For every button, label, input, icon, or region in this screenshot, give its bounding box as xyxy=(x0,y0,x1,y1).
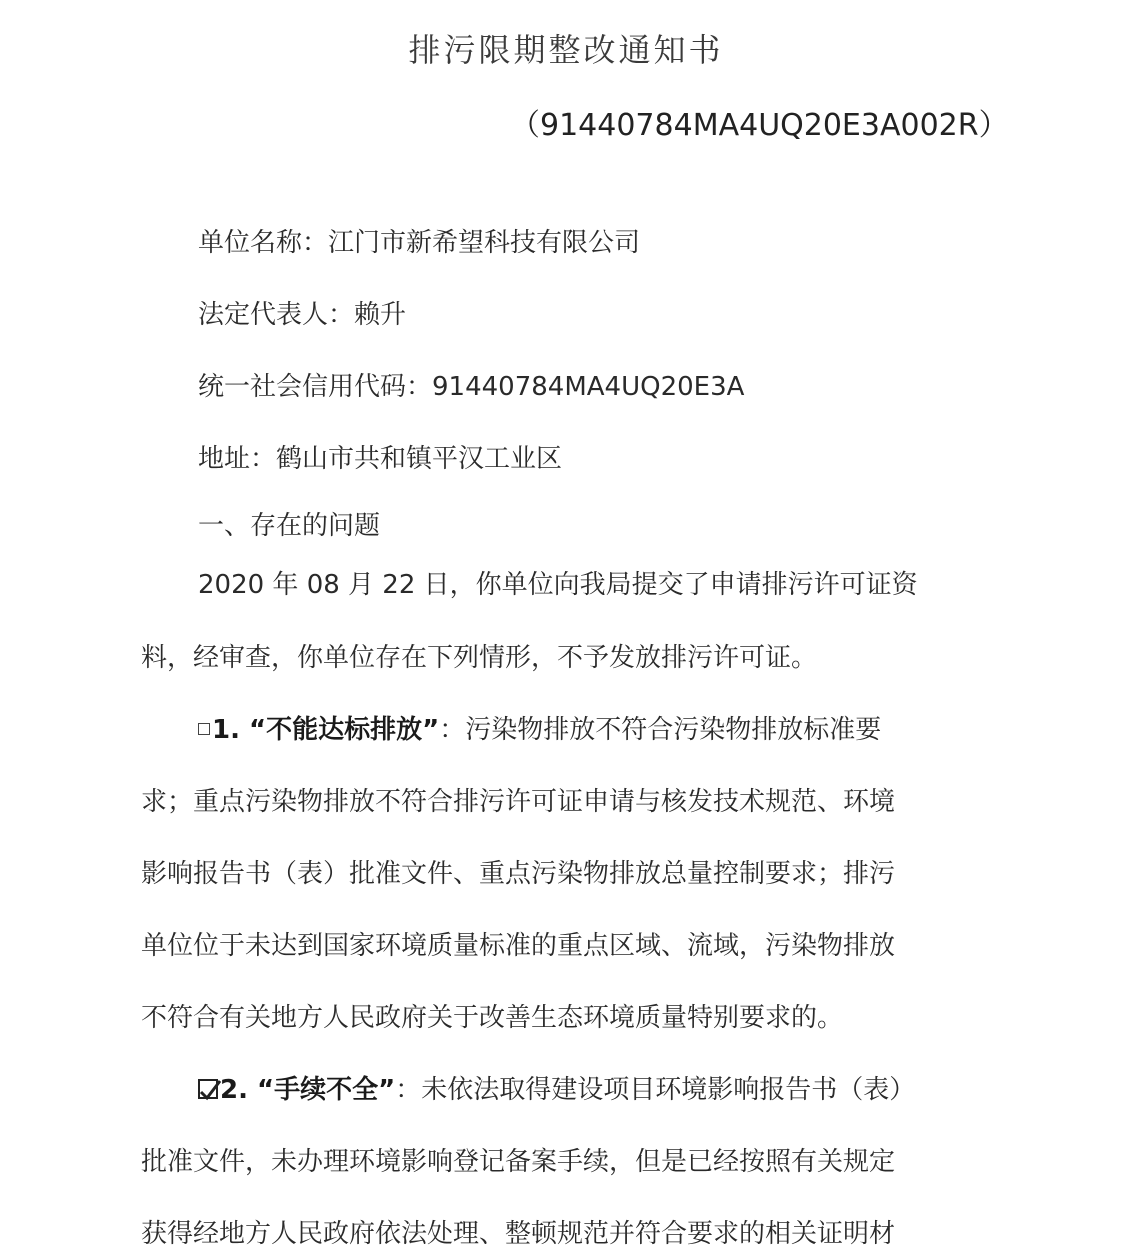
document-number: （91440784MA4UQ20E3A002R） xyxy=(510,106,1009,146)
issue-item-1: 1. “不能达标排放”：污染物排放不符合污染物排放标准要 xyxy=(198,712,881,748)
issue-item-2-line: 批准文件，未办理环境影响登记备案手续，但是已经按照有关规定 xyxy=(141,1144,895,1180)
unit-name: 单位名称：江门市新希望科技有限公司 xyxy=(198,225,640,261)
issue-item-1-line: 求；重点污染物排放不符合排污许可证申请与核发技术规范、环境 xyxy=(141,784,895,820)
issue-item-1-line: 单位位于未达到国家环境质量标准的重点区域、流域，污染物排放 xyxy=(141,928,895,964)
checked-checkbox-icon xyxy=(198,1079,218,1099)
issue-item-2-label: 2. “手续不全” xyxy=(220,1075,395,1105)
document-page: 排污限期整改通知书 （91440784MA4UQ20E3A002R） 单位名称：… xyxy=(0,0,1132,1260)
address: 地址：鹤山市共和镇平汉工业区 xyxy=(198,441,562,477)
issue-item-1-line: 影响报告书（表）批准文件、重点污染物排放总量控制要求；排污 xyxy=(141,856,895,892)
issue-item-2: 2. “手续不全”：未依法取得建设项目环境影响报告书（表） xyxy=(198,1072,915,1108)
issue-item-2-text: ：未依法取得建设项目环境影响报告书（表） xyxy=(395,1075,915,1105)
document-title: 排污限期整改通知书 xyxy=(0,28,1132,72)
intro-paragraph-line-1: 2020 年 08 月 22 日，你单位向我局提交了申请排污许可证资 xyxy=(198,567,918,603)
issue-item-1-line: 不符合有关地方人民政府关于改善生态环境质量特别要求的。 xyxy=(141,1000,843,1036)
empty-checkbox-icon xyxy=(198,723,210,735)
section-heading: 一、存在的问题 xyxy=(198,508,380,544)
legal-representative: 法定代表人：赖升 xyxy=(198,297,406,333)
intro-paragraph-line-2: 料，经审查，你单位存在下列情形，不予发放排污许可证。 xyxy=(141,640,817,676)
issue-item-2-line: 获得经地方人民政府依法处理、整顿规范并符合要求的相关证明材 xyxy=(141,1216,895,1252)
issue-item-1-label: 1. “不能达标排放” xyxy=(212,715,439,745)
credit-code: 统一社会信用代码：91440784MA4UQ20E3A xyxy=(198,369,744,405)
issue-item-1-text: ：污染物排放不符合污染物排放标准要 xyxy=(439,715,881,745)
